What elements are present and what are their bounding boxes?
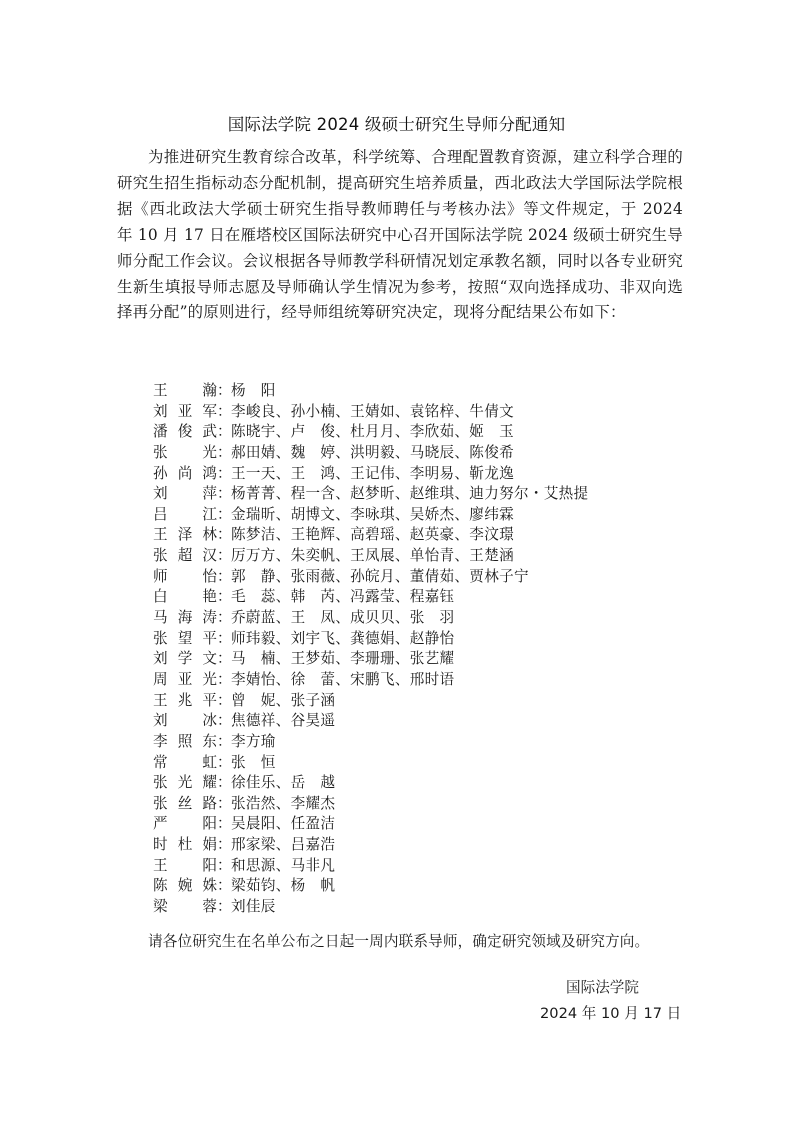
colon-separator: ：	[217, 649, 231, 670]
student-names: 梁茹钧、杨 帆	[231, 876, 335, 897]
advisor-name: 严阳	[153, 814, 217, 835]
student-names: 李峻良、孙小楠、王婧如、袁铭梓、牛倩文	[231, 402, 514, 423]
assignment-row: 张光耀：徐佳乐、岳 越	[153, 773, 588, 794]
colon-separator: ：	[217, 835, 231, 856]
student-names: 郭 静、张雨薇、孙皖月、董倩茹、贾林子宁	[231, 567, 529, 588]
student-names: 张浩然、李耀杰	[231, 794, 335, 815]
colon-separator: ：	[217, 402, 231, 423]
colon-separator: ：	[217, 814, 231, 835]
assignment-row: 刘萍：杨菁菁、程一含、赵梦昕、赵维琪、迪力努尔・艾热提	[153, 484, 588, 505]
document-title: 国际法学院 2024 级硕士研究生导师分配通知	[0, 111, 793, 135]
assignment-row: 周亚光：李婧怡、徐 蕾、宋鹏飞、邢时语	[153, 670, 588, 691]
colon-separator: ：	[217, 567, 231, 588]
colon-separator: ：	[217, 897, 231, 918]
advisor-name: 梁蓉	[153, 897, 217, 918]
advisor-name: 白艳	[153, 587, 217, 608]
assignment-row: 常虹：张 恒	[153, 753, 588, 774]
assignment-row: 张超汉：厉万方、朱奕帆、王凤展、单怡青、王楚涵	[153, 546, 588, 567]
assignment-row: 王阳：和思源、马非凡	[153, 856, 588, 877]
assignment-row: 刘学文：马 楠、王梦茹、李珊珊、张艺耀	[153, 649, 588, 670]
student-names: 张 恒	[231, 753, 276, 774]
advisor-name: 王阳	[153, 856, 217, 877]
colon-separator: ：	[217, 587, 231, 608]
advisor-name: 张光	[153, 443, 217, 464]
student-names: 吴晨阳、任盈洁	[231, 814, 335, 835]
student-names: 杨菁菁、程一含、赵梦昕、赵维琪、迪力努尔・艾热提	[231, 484, 588, 505]
advisor-name: 时杜娟	[153, 835, 217, 856]
signature-date: 2024 年 10 月 17 日	[540, 1002, 681, 1023]
intro-paragraph: 为推进研究生教育综合改革，科学统筹、合理配置教育资源，建立科学合理的研究生招生指…	[117, 145, 683, 326]
student-names: 刘佳辰	[231, 897, 276, 918]
advisor-name: 张超汉	[153, 546, 217, 567]
colon-separator: ：	[217, 546, 231, 567]
colon-separator: ：	[217, 629, 231, 650]
colon-separator: ：	[217, 711, 231, 732]
advisor-name: 周亚光	[153, 670, 217, 691]
colon-separator: ：	[217, 856, 231, 877]
assignment-row: 刘亚军：李峻良、孙小楠、王婧如、袁铭梓、牛倩文	[153, 402, 588, 423]
colon-separator: ：	[217, 794, 231, 815]
signature-organization: 国际法学院	[566, 976, 639, 997]
student-names: 马 楠、王梦茹、李珊珊、张艺耀	[231, 649, 454, 670]
assignment-row: 陈婉姝：梁茹钧、杨 帆	[153, 876, 588, 897]
student-names: 徐佳乐、岳 越	[231, 773, 335, 794]
closing-paragraph: 请各位研究生在名单公布之日起一周内联系导师，确定研究领域及研究方向。	[148, 930, 649, 951]
assignment-row: 师怡：郭 静、张雨薇、孙皖月、董倩茹、贾林子宁	[153, 567, 588, 588]
advisor-name: 刘冰	[153, 711, 217, 732]
assignment-row: 严阳：吴晨阳、任盈洁	[153, 814, 588, 835]
student-names: 厉万方、朱奕帆、王凤展、单怡青、王楚涵	[231, 546, 514, 567]
student-names: 陈梦洁、王艳辉、高碧瑶、赵英豪、李汶璟	[231, 525, 514, 546]
student-names: 和思源、马非凡	[231, 856, 335, 877]
advisor-name: 张望平	[153, 629, 217, 650]
advisor-name: 王瀚	[153, 381, 217, 402]
advisor-name: 张丝路	[153, 794, 217, 815]
assignment-row: 吕江：金瑞昕、胡博文、李咏琪、吴娇杰、廖纬霖	[153, 505, 588, 526]
advisor-name: 吕江	[153, 505, 217, 526]
assignment-row: 王瀚：杨 阳	[153, 381, 588, 402]
advisor-name: 刘亚军	[153, 402, 217, 423]
advisor-name: 王兆平	[153, 691, 217, 712]
assignment-row: 时杜娟：邢家梁、吕嘉浩	[153, 835, 588, 856]
advisor-name: 师怡	[153, 567, 217, 588]
colon-separator: ：	[217, 691, 231, 712]
colon-separator: ：	[217, 525, 231, 546]
colon-separator: ：	[217, 443, 231, 464]
student-names: 王一天、王 鸿、王记伟、李明易、靳龙逸	[231, 464, 514, 485]
student-names: 邢家梁、吕嘉浩	[231, 835, 335, 856]
advisor-name: 潘俊武	[153, 422, 217, 443]
student-names: 乔蔚蓝、王 凤、成贝贝、张 羽	[231, 608, 454, 629]
assignment-row: 马海涛：乔蔚蓝、王 凤、成贝贝、张 羽	[153, 608, 588, 629]
advisor-name: 张光耀	[153, 773, 217, 794]
assignment-row: 张丝路：张浩然、李耀杰	[153, 794, 588, 815]
assignment-row: 梁蓉：刘佳辰	[153, 897, 588, 918]
assignment-row: 王泽林：陈梦洁、王艳辉、高碧瑶、赵英豪、李汶璟	[153, 525, 588, 546]
colon-separator: ：	[217, 422, 231, 443]
colon-separator: ：	[217, 753, 231, 774]
student-names: 毛 蕊、韩 芮、冯露莹、程嘉钰	[231, 587, 454, 608]
student-names: 李婧怡、徐 蕾、宋鹏飞、邢时语	[231, 670, 454, 691]
advisor-name: 刘萍	[153, 484, 217, 505]
assignment-row: 王兆平：曾 妮、张子涵	[153, 691, 588, 712]
student-names: 金瑞昕、胡博文、李咏琪、吴娇杰、廖纬霖	[231, 505, 514, 526]
document-page: 国际法学院 2024 级硕士研究生导师分配通知 为推进研究生教育综合改革，科学统…	[0, 0, 793, 1122]
colon-separator: ：	[217, 484, 231, 505]
assignment-row: 李照东：李方瑜	[153, 732, 588, 753]
advisor-name: 孙尚鸿	[153, 464, 217, 485]
student-names: 曾 妮、张子涵	[231, 691, 335, 712]
colon-separator: ：	[217, 464, 231, 485]
assignment-row: 张光：郝田婧、魏 婷、洪明毅、马晓辰、陈俊希	[153, 443, 588, 464]
assignment-row: 张望平：师玮毅、刘宇飞、龚德娟、赵静怡	[153, 629, 588, 650]
colon-separator: ：	[217, 732, 231, 753]
colon-separator: ：	[217, 670, 231, 691]
assignment-row: 孙尚鸿：王一天、王 鸿、王记伟、李明易、靳龙逸	[153, 464, 588, 485]
colon-separator: ：	[217, 876, 231, 897]
advisor-name: 王泽林	[153, 525, 217, 546]
colon-separator: ：	[217, 608, 231, 629]
student-names: 师玮毅、刘宇飞、龚德娟、赵静怡	[231, 629, 454, 650]
advisor-name: 马海涛	[153, 608, 217, 629]
student-names: 陈晓宇、卢 俊、杜月月、李欣茹、姬 玉	[231, 422, 514, 443]
advisor-name: 李照东	[153, 732, 217, 753]
assignment-row: 潘俊武：陈晓宇、卢 俊、杜月月、李欣茹、姬 玉	[153, 422, 588, 443]
student-names: 郝田婧、魏 婷、洪明毅、马晓辰、陈俊希	[231, 443, 514, 464]
colon-separator: ：	[217, 505, 231, 526]
advisor-name: 常虹	[153, 753, 217, 774]
colon-separator: ：	[217, 773, 231, 794]
assignment-list: 王瀚：杨 阳刘亚军：李峻良、孙小楠、王婧如、袁铭梓、牛倩文潘俊武：陈晓宇、卢 俊…	[153, 381, 588, 918]
student-names: 焦德祥、谷昊遥	[231, 711, 335, 732]
advisor-name: 陈婉姝	[153, 876, 217, 897]
advisor-name: 刘学文	[153, 649, 217, 670]
colon-separator: ：	[217, 381, 231, 402]
student-names: 杨 阳	[231, 381, 276, 402]
student-names: 李方瑜	[231, 732, 276, 753]
assignment-row: 刘冰：焦德祥、谷昊遥	[153, 711, 588, 732]
assignment-row: 白艳：毛 蕊、韩 芮、冯露莹、程嘉钰	[153, 587, 588, 608]
